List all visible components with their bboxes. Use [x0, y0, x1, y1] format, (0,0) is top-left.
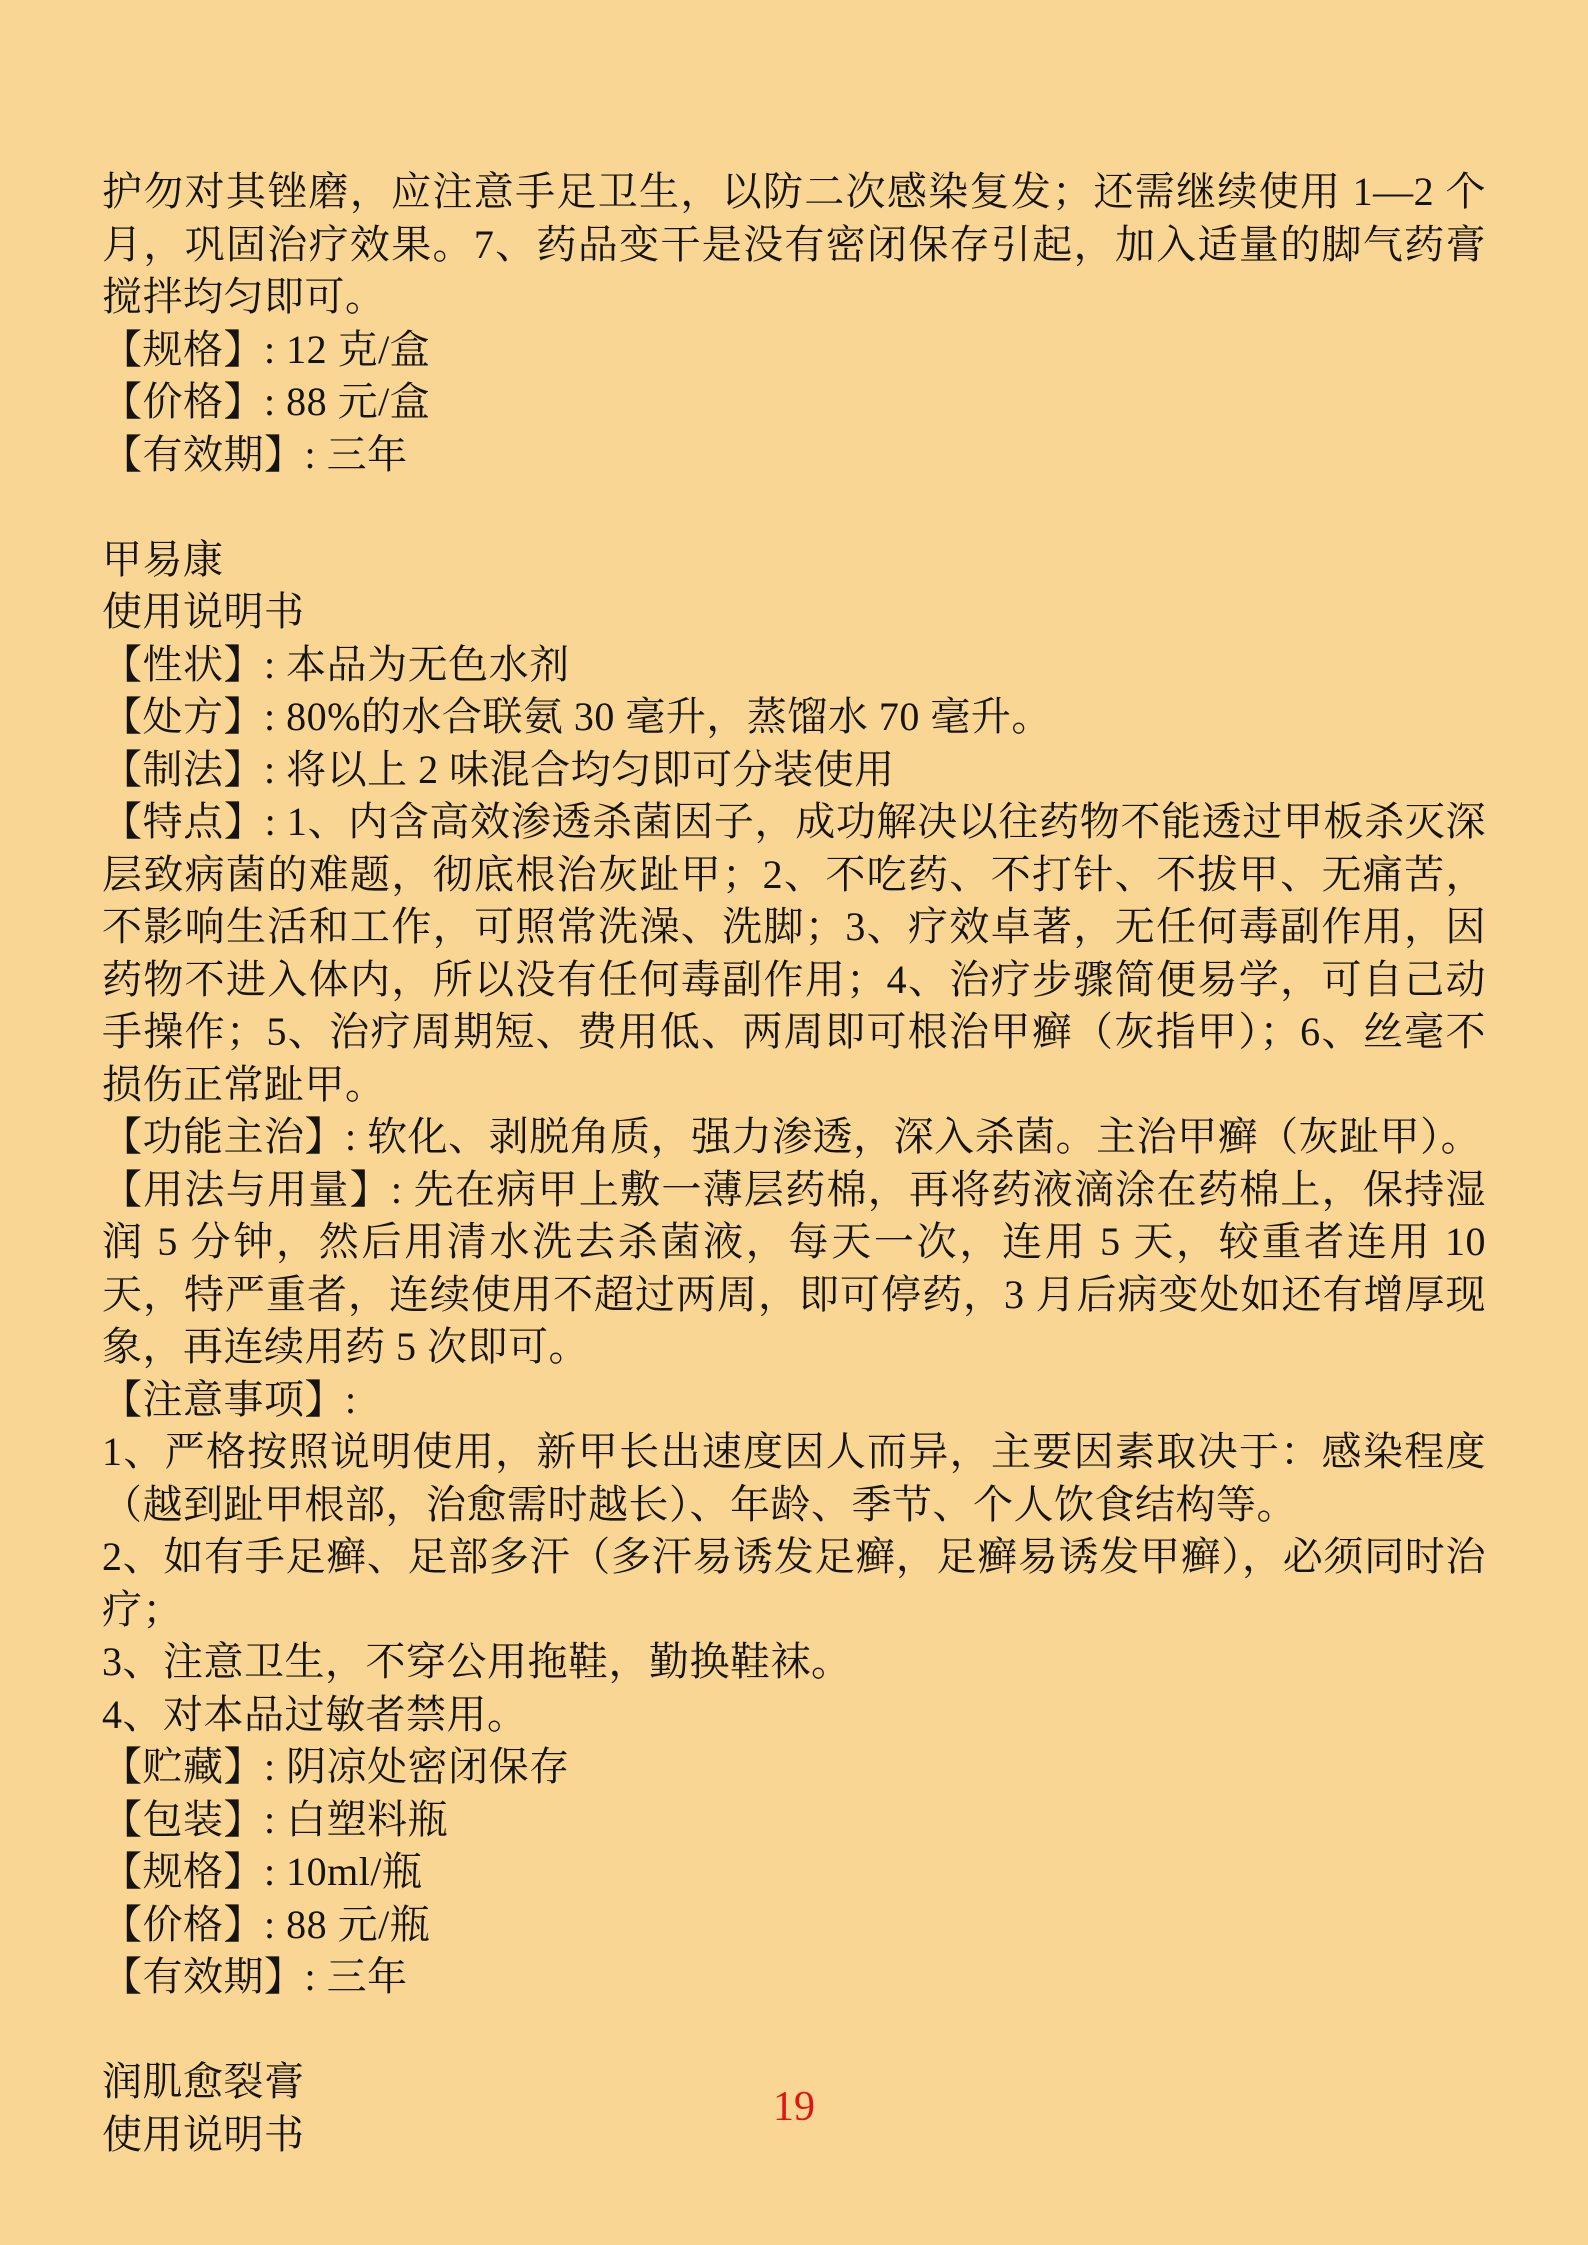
document-body: 护勿对其锉磨，应注意手足卫生，以防二次感染复发；还需继续使用 1—2 个月，巩固… — [102, 166, 1486, 2161]
continued-paragraph: 护勿对其锉磨，应注意手足卫生，以防二次感染复发；还需继续使用 1—2 个月，巩固… — [102, 166, 1486, 324]
precaution-item-1: 1、严格按照说明使用，新甲长出速度因人而异，主要因素取决于：感染程度（越到趾甲根… — [102, 1426, 1486, 1531]
document-page: 护勿对其锉磨，应注意手足卫生，以防二次感染复发；还需继续使用 1—2 个月，巩固… — [0, 0, 1588, 2245]
spec-line: 【规格】: 10ml/瓶 — [102, 1846, 1486, 1899]
property-line: 【性状】: 本品为无色水剂 — [102, 639, 1486, 692]
usage-paragraph: 【用法与用量】: 先在病甲上敷一薄层药棉，再将药液滴涂在药棉上，保持湿润 5 分… — [102, 1164, 1486, 1374]
page-number: 19 — [0, 2083, 1588, 2131]
precaution-item-4: 4、对本品过敏者禁用。 — [102, 1689, 1486, 1742]
blank-line — [102, 481, 1486, 534]
packaging-line: 【包装】: 白塑料瓶 — [102, 1794, 1486, 1847]
precautions-label: 【注意事项】: — [102, 1374, 1486, 1427]
spec-line: 【规格】: 12 克/盒 — [102, 324, 1486, 377]
validity-line: 【有效期】: 三年 — [102, 1951, 1486, 2004]
preparation-line: 【制法】: 将以上 2 味混合均匀即可分装使用 — [102, 744, 1486, 797]
prescription-line: 【处方】: 80%的水合联氨 30 毫升，蒸馏水 70 毫升。 — [102, 691, 1486, 744]
doc-title: 使用说明书 — [102, 586, 1486, 639]
storage-line: 【贮藏】: 阴凉处密闭保存 — [102, 1741, 1486, 1794]
product-name: 甲易康 — [102, 534, 1486, 587]
price-line: 【价格】: 88 元/瓶 — [102, 1899, 1486, 1952]
precaution-item-3: 3、注意卫生，不穿公用拖鞋，勤换鞋袜。 — [102, 1636, 1486, 1689]
features-paragraph: 【特点】: 1、内含高效渗透杀菌因子，成功解决以往药物不能透过甲板杀灭深层致病菌… — [102, 796, 1486, 1111]
price-line: 【价格】: 88 元/盒 — [102, 376, 1486, 429]
blank-line — [102, 2004, 1486, 2057]
indications-line: 【功能主治】: 软化、剥脱角质，强力渗透，深入杀菌。主治甲癣（灰趾甲）。 — [102, 1111, 1486, 1164]
validity-line: 【有效期】: 三年 — [102, 429, 1486, 482]
precaution-item-2: 2、如有手足癣、足部多汗（多汗易诱发足癣，足癣易诱发甲癣），必须同时治疗； — [102, 1531, 1486, 1636]
